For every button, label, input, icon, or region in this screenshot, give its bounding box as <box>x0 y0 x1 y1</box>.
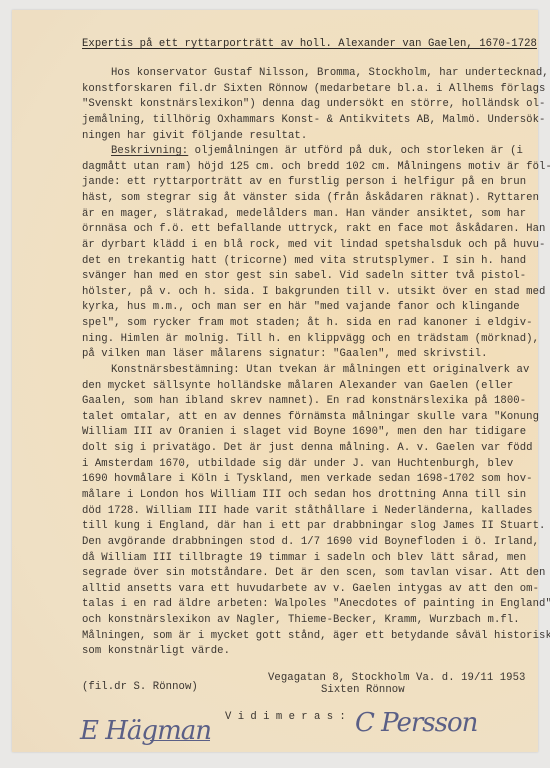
section-label: Beskrivning: <box>111 145 188 157</box>
body-line-text: dolt sig i privatägo. Det är just denna … <box>82 442 533 454</box>
body-line: då William III tillbragte 19 timmar i sa… <box>82 551 526 565</box>
body-line: Gaalen, som han ibland skrev namnet). En… <box>82 394 526 408</box>
body-line: Den avgörande drabbningen stod d. 1/7 16… <box>82 535 539 549</box>
body-line-text: i Amsterdam 1670, utbildade sig där unde… <box>82 458 513 470</box>
body-line-text: talet omtalar, att en av dennes förnämst… <box>82 411 539 423</box>
body-line: spel", som rycker fram mot staden; åt h.… <box>82 316 533 330</box>
body-line-text: svänger han med en stor gest sin sabel. … <box>82 270 526 282</box>
body-line-text: William III av Oranien i slaget vid Boyn… <box>82 426 526 438</box>
signer-left-typed: (fil.dr S. Rönnow) <box>82 680 198 694</box>
body-line: i Amsterdam 1670, utbildade sig där unde… <box>82 457 513 471</box>
body-line-text: är dyrbart klädd i en blå rock, med vit … <box>82 239 545 251</box>
body-line: häst, som stegrar sig åt vänster sida (f… <box>82 191 539 205</box>
body-line-text: Konstnärsbestämning: Utan tvekan är måln… <box>111 364 529 376</box>
body-line: kyrka, hus m.m., och man ser en här "med… <box>82 300 520 314</box>
body-line: talas i en rad äldre arbeten: Walpoles "… <box>82 597 550 611</box>
body-line-text: som konstnärligt värde. <box>82 645 230 657</box>
signature-left: E Hägman <box>80 716 211 746</box>
body-line-text: häst, som stegrar sig åt vänster sida (f… <box>82 192 539 204</box>
body-line-text: död 1728. William III hade varit ståthål… <box>82 505 533 517</box>
body-line: "Svenskt konstnärslexikon") denna dag un… <box>82 97 545 111</box>
document-title: Expertis på ett ryttarporträtt av holl. … <box>82 38 537 50</box>
body-line: dagmått utan ram) höjd 125 cm. och bredd… <box>82 160 550 174</box>
body-line-text: ning. Himlen är molnig. Till h. en klipp… <box>82 333 539 345</box>
body-line: till kung i England, där han i ett par d… <box>82 519 545 533</box>
body-line: ning. Himlen är molnig. Till h. en klipp… <box>82 332 539 346</box>
body-line: svänger han med en stor gest sin sabel. … <box>82 269 526 283</box>
body-line: örnnäsa och f.ö. ett befallande uttryck,… <box>82 222 545 236</box>
body-line-text: Den avgörande drabbningen stod d. 1/7 16… <box>82 536 539 548</box>
body-line-text: på vilken man läser målarens signatur: "… <box>82 348 488 360</box>
body-line: som konstnärligt värde. <box>82 644 230 658</box>
body-line-text: alltid ansetts vara ett huvudarbete av v… <box>82 583 539 595</box>
body-line-text: det en trekantig hatt (tricorne) med vit… <box>82 255 526 267</box>
body-line-text: Gaalen, som han ibland skrev namnet). En… <box>82 395 526 407</box>
body-line-text: är en mager, slätrakad, medelålders man.… <box>82 208 526 220</box>
body-line: Konstnärsbestämning: Utan tvekan är måln… <box>111 363 529 377</box>
signer-typed-name: Sixten Rönnow <box>321 683 405 697</box>
signature-right: C Persson <box>355 708 477 738</box>
body-line: det en trekantig hatt (tricorne) med vit… <box>82 254 526 268</box>
body-line-text: då William III tillbragte 19 timmar i sa… <box>82 552 526 564</box>
body-line: och konstnärslexikon av Nagler, Thieme-B… <box>82 613 520 627</box>
attested-label: V i d i m e r a s : <box>225 710 346 724</box>
body-line: Målningen, som är i mycket gott stånd, ä… <box>82 629 550 643</box>
body-line: konstforskaren fil.dr Sixten Rönnow (med… <box>82 82 545 96</box>
body-line-text: oljemålningen är utförd på duk, och stor… <box>188 145 523 157</box>
body-line: ningen har givit följande resultat. <box>82 129 307 143</box>
body-line-text: spel", som rycker fram mot staden; åt h.… <box>82 317 533 329</box>
body-line: dolt sig i privatägo. Det är just denna … <box>82 441 533 455</box>
body-line: alltid ansetts vara ett huvudarbete av v… <box>82 582 539 596</box>
body-line-text: talas i en rad äldre arbeten: Walpoles "… <box>82 598 550 610</box>
body-line-text: örnnäsa och f.ö. ett befallande uttryck,… <box>82 223 545 235</box>
body-line-text: jemålning, tillhörig Oxhammars Konst- & … <box>82 114 545 126</box>
body-line: William III av Oranien i slaget vid Boyn… <box>82 425 526 439</box>
body-line-text: "Svenskt konstnärslexikon") denna dag un… <box>82 98 545 110</box>
body-line-text: segrade över sin motståndare. Det är den… <box>82 567 545 579</box>
body-line: målare i London hos William III och seda… <box>82 488 526 502</box>
body-line: segrade över sin motståndare. Det är den… <box>82 566 545 580</box>
body-line: den mycket sällsynte holländske målaren … <box>82 379 513 393</box>
body-line: hölster, på v. och h. sida. I bakgrunden… <box>82 285 545 299</box>
body-line-text: Hos konservator Gustaf Nilsson, Bromma, … <box>111 67 549 79</box>
body-line: död 1728. William III hade varit ståthål… <box>82 504 533 518</box>
body-line: på vilken man läser målarens signatur: "… <box>82 347 488 361</box>
body-line-text: dagmått utan ram) höjd 125 cm. och bredd… <box>82 161 550 173</box>
body-line: Hos konservator Gustaf Nilsson, Bromma, … <box>111 66 549 80</box>
body-line: talet omtalar, att en av dennes förnämst… <box>82 410 539 424</box>
body-line-text: 1690 hovmålare i Köln i Tyskland, men ve… <box>82 473 533 485</box>
body-line: jande: ett ryttarporträtt av en furstlig… <box>82 175 526 189</box>
body-line-text: och konstnärslexikon av Nagler, Thieme-B… <box>82 614 520 626</box>
body-line: är en mager, slätrakad, medelålders man.… <box>82 207 526 221</box>
signature-left-stroke <box>150 740 210 741</box>
body-line-text: ningen har givit följande resultat. <box>82 130 307 142</box>
body-line-text: hölster, på v. och h. sida. I bakgrunden… <box>82 286 545 298</box>
body-line-text: kyrka, hus m.m., och man ser en här "med… <box>82 301 520 313</box>
body-line: 1690 hovmålare i Köln i Tyskland, men ve… <box>82 472 533 486</box>
body-line-text: Målningen, som är i mycket gott stånd, ä… <box>82 630 550 642</box>
body-line: Beskrivning: oljemålningen är utförd på … <box>111 144 523 158</box>
body-line-text: jande: ett ryttarporträtt av en furstlig… <box>82 176 526 188</box>
body-line-text: den mycket sällsynte holländske målaren … <box>82 380 513 392</box>
body-line: är dyrbart klädd i en blå rock, med vit … <box>82 238 545 252</box>
body-line: jemålning, tillhörig Oxhammars Konst- & … <box>82 113 545 127</box>
body-line-text: konstforskaren fil.dr Sixten Rönnow (med… <box>82 83 545 95</box>
body-line-text: målare i London hos William III och seda… <box>82 489 526 501</box>
body-line-text: till kung i England, där han i ett par d… <box>82 520 545 532</box>
